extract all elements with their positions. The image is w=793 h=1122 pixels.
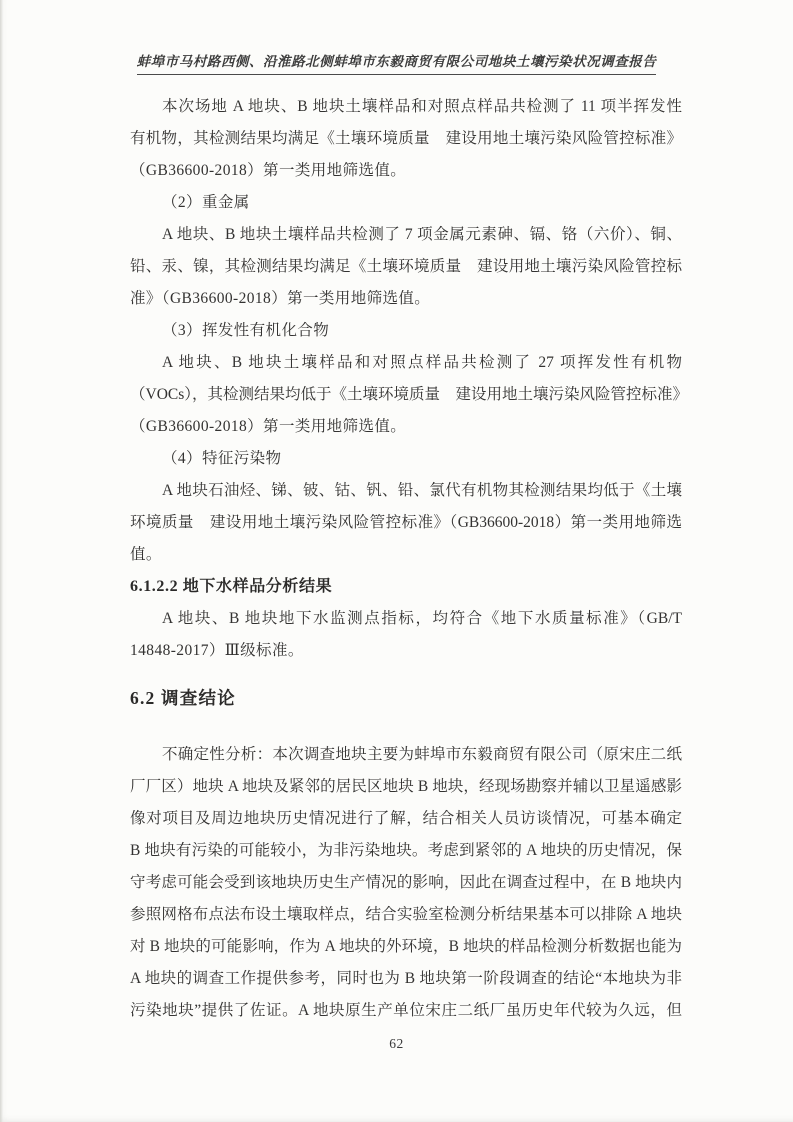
heavy-metals-label: （2）重金属 (130, 187, 682, 219)
text-line: （VOCs），其检测结果均低于《土壤环境质量 建设用地土壤污染风险管控标准》 (130, 379, 682, 411)
text-line: （GB36600-2018）第一类用地筛选值。 (130, 155, 682, 187)
text-line: 不确定性分析：本次调查地块主要为蚌埠市东毅商贸有限公司（原宋庄二纸 (130, 739, 682, 771)
text-line: 像对项目及周边地块历史情况进行了解，结合相关人员访谈情况，可基本确定 (130, 803, 682, 835)
section-heading-6-2: 6.2 调查结论 (130, 679, 682, 717)
text-line: （GB36600-2018）第一类用地筛选值。 (130, 411, 682, 443)
text-line: 铅、汞、镍，其检测结果均满足《土壤环境质量 建设用地土壤污染风险管控标 (130, 251, 682, 283)
text-line: 厂厂区）地块 A 地块及紧邻的居民区地块 B 地块，经现场勘察并辅以卫星遥感影 (130, 771, 682, 803)
document-body: 本次场地 A 地块、B 地块土壤样品和对照点样品共检测了 11 项半挥发性 有机… (130, 91, 682, 1027)
text-line: B 地块有污染的可能较小，为非污染地块。考虑到紧邻的 A 地块的历史情况，保 (130, 835, 682, 867)
text-line: A 地块石油烃、锑、铍、钴、钒、铅、氯代有机物其检测结果均低于《土壤 (130, 475, 682, 507)
text-line: A 地块、B 地块土壤样品共检测了 7 项金属元素砷、镉、铬（六价）、铜、 (130, 219, 682, 251)
text-line: A 地块、B 地块土壤样品和对照点样品共检测了 27 项挥发性有机物 (130, 347, 682, 379)
report-page: 蚌埠市马村路西侧、沿淮路北侧蚌埠市东毅商贸有限公司地块土壤污染状况调查报告 本次… (0, 0, 793, 1122)
text-line: 参照网格布点法布设土壤取样点，结合实验室检测分析结果基本可以排除 A 地块 (130, 899, 682, 931)
text-line: 有机物，其检测结果均满足《土壤环境质量 建设用地土壤污染风险管控标准》 (130, 123, 682, 155)
report-header-title: 蚌埠市马村路西侧、沿淮路北侧蚌埠市东毅商贸有限公司地块土壤污染状况调查报告 (137, 50, 657, 75)
text-line: 值。 (130, 539, 682, 571)
text-line: 守考虑可能会受到该地块历史生产情况的影响，因此在调查过程中，在 B 地块内 (130, 867, 682, 899)
text-line: A 地块、B 地块地下水监测点指标，均符合《地下水质量标准》（GB/T (130, 603, 682, 635)
voc-label: （3）挥发性有机化合物 (130, 315, 682, 347)
text-line: 14848-2017）Ⅲ级标准。 (130, 635, 682, 667)
text-line: 环境质量 建设用地土壤污染风险管控标准》（GB36600-2018）第一类用地筛… (130, 507, 682, 539)
section-heading-6-1-2-2: 6.1.2.2 地下水样品分析结果 (130, 571, 682, 603)
text-line: 准》（GB36600-2018）第一类用地筛选值。 (130, 283, 682, 315)
page-number: 62 (0, 1036, 793, 1052)
text-line: A 地块的调查工作提供参考，同时也为 B 地块第一阶段调查的结论“本地块为非 (130, 963, 682, 995)
page-header: 蚌埠市马村路西侧、沿淮路北侧蚌埠市东毅商贸有限公司地块土壤污染状况调查报告 (0, 50, 793, 75)
text-line: 污染地块”提供了佐证。A 地块原生产单位宋庄二纸厂虽历史年代较为久远，但 (130, 995, 682, 1027)
text-line: 本次场地 A 地块、B 地块土壤样品和对照点样品共检测了 11 项半挥发性 (130, 91, 682, 123)
text-line: 对 B 地块的可能影响，作为 A 地块的外环境，B 地块的样品检测分析数据也能为 (130, 931, 682, 963)
special-pollutants-label: （4）特征污染物 (130, 443, 682, 475)
